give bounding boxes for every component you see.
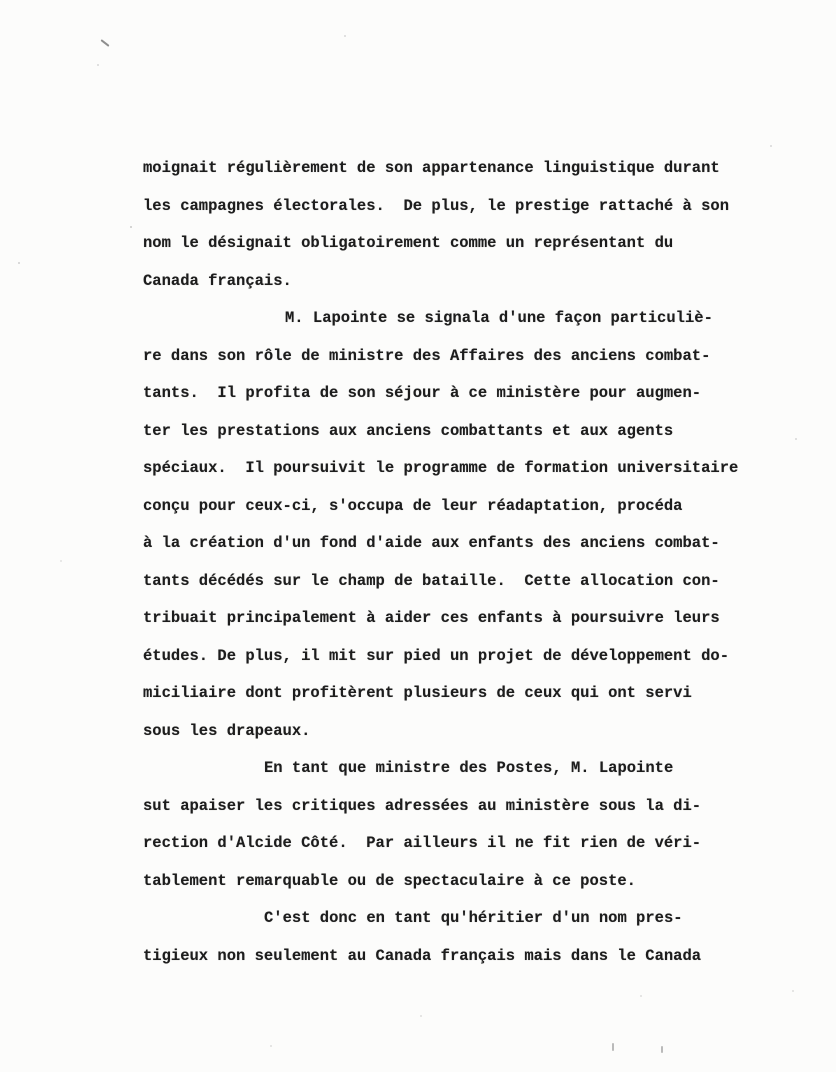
text-line: à la création d'un fond d'aide aux enfan… bbox=[143, 525, 783, 563]
scan-artifact-speck bbox=[270, 1045, 272, 1047]
scan-artifact-speck bbox=[640, 995, 642, 997]
scan-artifact-speck bbox=[97, 64, 99, 66]
text-line: les campagnes électorales. De plus, le p… bbox=[143, 188, 783, 226]
text-line: tablement remarquable ou de spectaculair… bbox=[143, 863, 783, 901]
scan-artifact-tick bbox=[612, 1043, 614, 1051]
scan-artifact-diagonal-mark bbox=[100, 39, 109, 47]
text-line: ter les prestations aux anciens combatta… bbox=[143, 413, 783, 451]
scan-artifact-speck bbox=[130, 226, 132, 228]
text-line: spéciaux. Il poursuivit le programme de … bbox=[143, 450, 783, 488]
scan-artifact-speck bbox=[420, 1015, 422, 1017]
text-line: nom le désignait obligatoirement comme u… bbox=[143, 225, 783, 263]
scan-artifact-speck bbox=[792, 990, 794, 992]
scan-artifact-speck bbox=[795, 438, 797, 440]
text-line: re dans son rôle de ministre des Affaire… bbox=[143, 338, 783, 376]
scan-artifact-speck bbox=[770, 145, 772, 147]
text-line paragraph-start: M. Lapointe se signala d'une façon parti… bbox=[143, 300, 783, 338]
text-line paragraph-start: C'est donc en tant qu'héritier d'un nom … bbox=[143, 900, 783, 938]
scan-artifact-tick bbox=[661, 1046, 663, 1053]
text-line: rection d'Alcide Côté. Par ailleurs il n… bbox=[143, 825, 783, 863]
scan-artifact-speck bbox=[60, 560, 62, 562]
text-line: tants. Il profita de son séjour à ce min… bbox=[143, 375, 783, 413]
text-line: sut apaiser les critiques adressées au m… bbox=[143, 788, 783, 826]
text-line: Canada français. bbox=[143, 263, 783, 301]
text-line: conçu pour ceux-ci, s'occupa de leur réa… bbox=[143, 488, 783, 526]
scan-artifact-speck bbox=[18, 262, 20, 264]
text-line: tribuait principalement à aider ces enfa… bbox=[143, 600, 783, 638]
scan-artifact-speck bbox=[344, 35, 346, 37]
text-line paragraph-start: En tant que ministre des Postes, M. Lapo… bbox=[143, 750, 783, 788]
text-line: sous les drapeaux. bbox=[143, 713, 783, 751]
scanned-document-page: moignait régulièrement de son appartenan… bbox=[0, 0, 836, 1072]
text-line: miciliaire dont profitèrent plusieurs de… bbox=[143, 675, 783, 713]
text-line: tants décédés sur le champ de bataille. … bbox=[143, 563, 783, 601]
text-line: tigieux non seulement au Canada français… bbox=[143, 938, 783, 976]
text-line: moignait régulièrement de son appartenan… bbox=[143, 150, 783, 188]
typewritten-text-block: moignait régulièrement de son appartenan… bbox=[143, 150, 783, 975]
text-line: études. De plus, il mit sur pied un proj… bbox=[143, 638, 783, 676]
